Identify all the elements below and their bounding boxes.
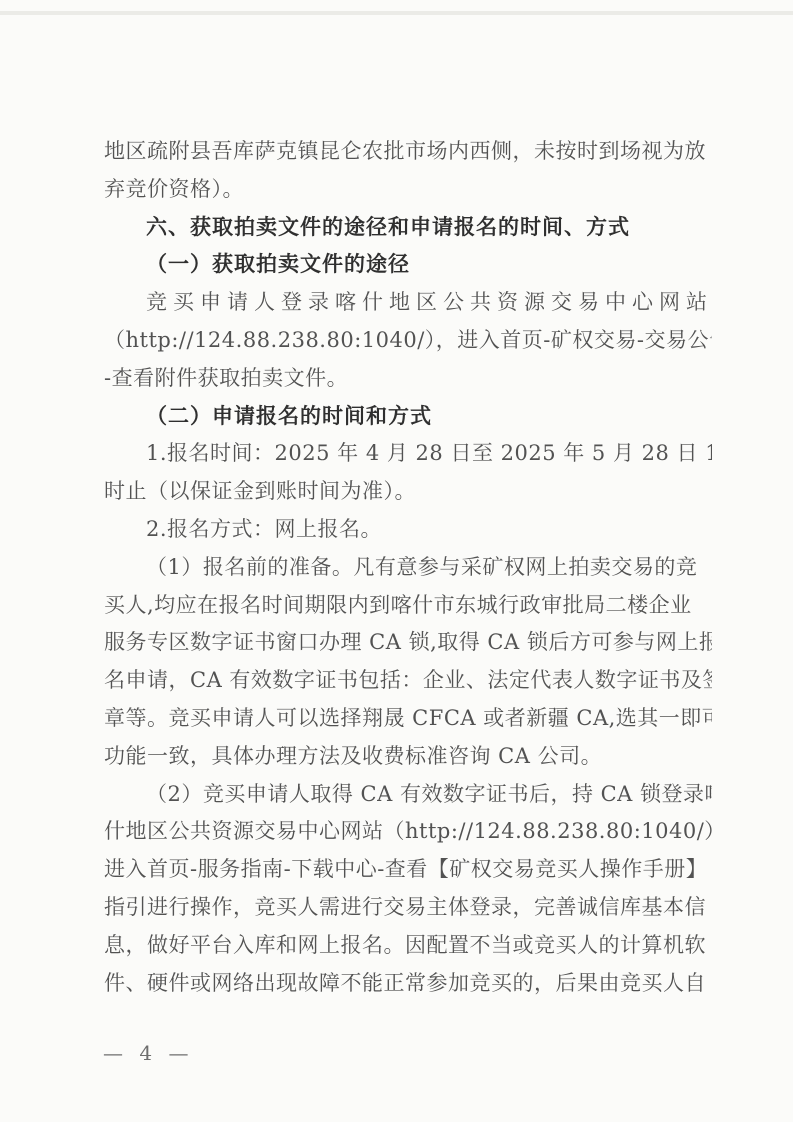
text-line-signup-time: 1.报名时间：2025 年 4 月 28 日至 2025 年 5 月 28 日 … (104, 435, 712, 473)
text-line-signup-method: 2.报名方式：网上报名。 (104, 511, 712, 549)
text-line: 服务专区数字证书窗口办理 CA 锁,取得 CA 锁后方可参与网上报 (104, 624, 712, 662)
text-line: 买人,均应在报名时间期限内到喀什市东城行政审批局二楼企业 (104, 587, 712, 625)
text-line: 名申请，CA 有效数字证书包括：企业、法定代表人数字证书及签 (104, 662, 712, 700)
page-number: — 4 — (103, 1041, 189, 1065)
subsection-heading-2: （二）申请报名的时间和方式 (104, 398, 712, 436)
text-line: 竞买申请人登录喀什地区公共资源交易中心网站 (104, 284, 712, 322)
text-line: 章等。竞买申请人可以选择翔晟 CFCA 或者新疆 CA,选其一即可， (104, 700, 712, 738)
text-line: （1）报名前的准备。凡有意参与采矿权网上拍卖交易的竞 (104, 549, 712, 587)
text-line: 功能一致，具体办理方法及收费标准咨询 CA 公司。 (104, 738, 712, 776)
text-line: 进入首页-服务指南-下载中心-查看【矿权交易竞买人操作手册】 (104, 851, 712, 889)
subsection-heading-1: （一）获取拍卖文件的途径 (104, 246, 712, 284)
text-line-website-url: 什地区公共资源交易中心网站（http://124.88.238.80:1040/… (104, 813, 712, 851)
text-line: （2）竞买申请人取得 CA 有效数字证书后，持 CA 锁登录喀 (104, 776, 712, 814)
document-body: 地区疏附县吾库萨克镇昆仑农批市场内西侧，未按时到场视为放 弃竞价资格）。 六、获… (104, 133, 712, 1002)
text-line: 指引进行操作，竞买人需进行交易主体登录，完善诚信库基本信 (104, 889, 712, 927)
text-line: 地区疏附县吾库萨克镇昆仑农批市场内西侧，未按时到场视为放 (104, 133, 712, 171)
section-heading-6: 六、获取拍卖文件的途径和申请报名的时间、方式 (104, 209, 712, 247)
scan-artifact-line (0, 11, 793, 15)
text-line: 息，做好平台入库和网上报名。因配置不当或竞买人的计算机软 (104, 927, 712, 965)
text-line: 件、硬件或网络出现故障不能正常参加竞买的，后果由竞买人自 (104, 965, 712, 1003)
document-page: 地区疏附县吾库萨克镇昆仑农批市场内西侧，未按时到场视为放 弃竞价资格）。 六、获… (0, 0, 793, 1122)
text-line-website-url: （http://124.88.238.80:1040/），进入首页-矿权交易-交… (104, 322, 712, 360)
text-line: 时止（以保证金到账时间为准）。 (104, 473, 712, 511)
text-line: -查看附件获取拍卖文件。 (104, 360, 712, 398)
text-line: 弃竞价资格）。 (104, 171, 712, 209)
